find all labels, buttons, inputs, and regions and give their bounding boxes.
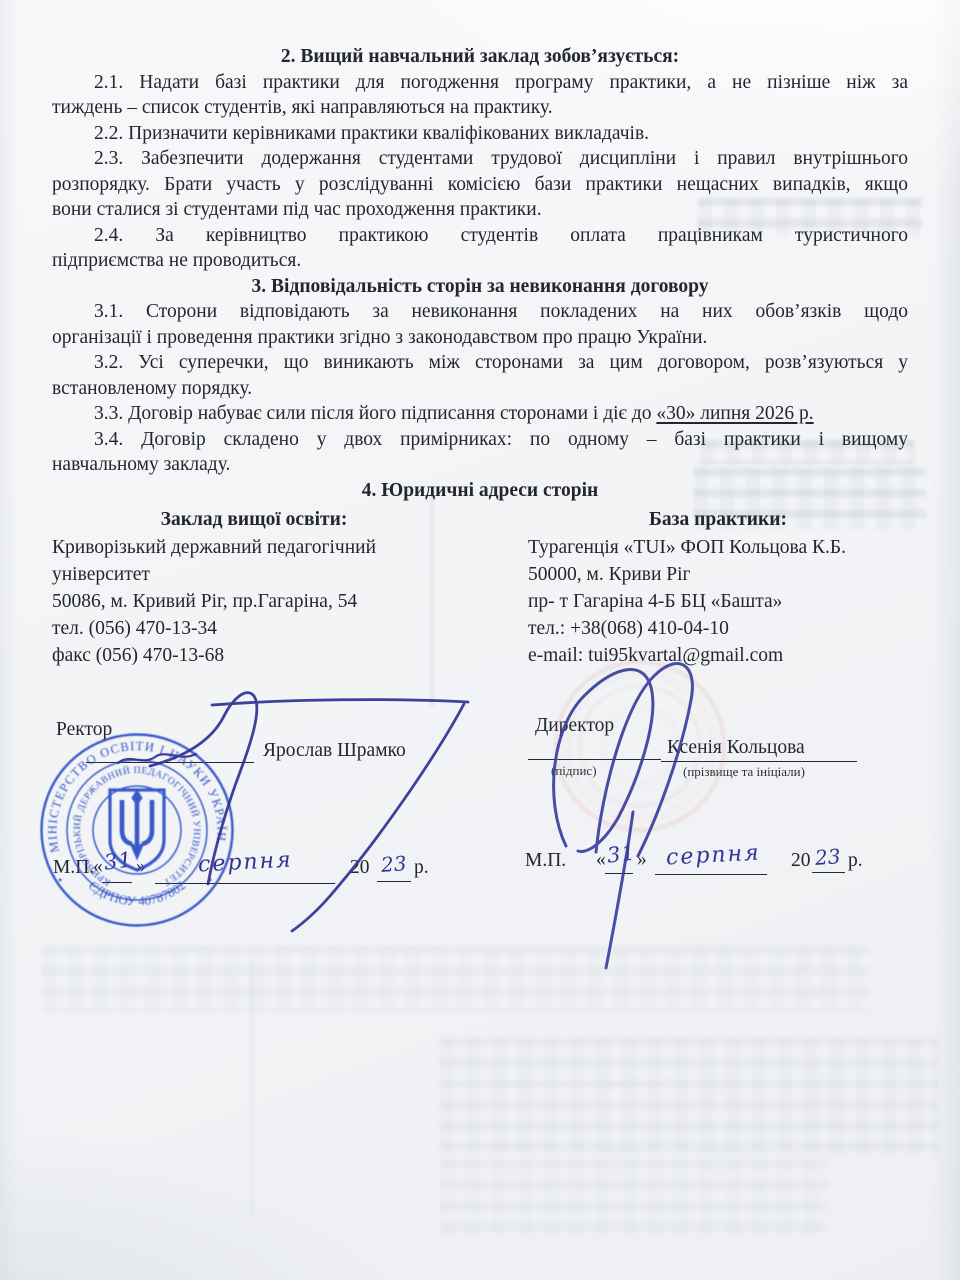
- quote-close-left: »: [136, 856, 146, 878]
- month-blank-line-left: [155, 883, 335, 884]
- paragraph-3-3: 3.3. Договір набуває сили після його під…: [52, 401, 908, 427]
- year-suffix-right: р.: [848, 850, 863, 872]
- handwritten-month-left: серпня: [197, 848, 293, 878]
- rector-name: Ярослав Шрамко: [263, 740, 406, 762]
- quote-open-left: «: [93, 856, 103, 878]
- rector-signature-line: [86, 762, 254, 763]
- paragraph-3-2: встановленому порядку.: [52, 376, 908, 402]
- director-name: Ксенія Кольцова: [667, 737, 805, 759]
- paragraph-2-1: тиждень – список студентів, які направля…: [52, 95, 908, 121]
- section-2-heading: 2. Вищий навчальний заклад зобов’язуєтьс…: [52, 44, 908, 70]
- paragraph-2-3: розпорядку. Брати участь у розслідуванні…: [52, 172, 908, 198]
- paragraph-2-4: підприємства не проводиться.: [52, 248, 908, 274]
- director-role-label: Директор: [535, 715, 614, 737]
- university-address-line: 50086, м. Кривий Ріг, пр.Гагаріна, 54: [52, 588, 456, 615]
- university-fax: факс (056) 470-13-68: [52, 642, 456, 669]
- university-address-line: Криворізький державний педагогічний: [52, 534, 456, 561]
- paragraph-3-3-text: 3.3. Договір набуває сили після його під…: [94, 403, 656, 424]
- paragraph-3-4: навчальному закладу.: [52, 452, 908, 478]
- practice-base-address-block: База практики: Турагенція «TUI» ФОП Коль…: [528, 506, 908, 669]
- director-signature-line: [528, 759, 661, 760]
- handwritten-year-right: 23: [814, 844, 841, 870]
- university-address-line: університет: [52, 561, 456, 588]
- director-sign-caption: (підпис): [551, 764, 597, 778]
- section-3-heading: 3. Відповідальність сторін за невиконанн…: [52, 274, 908, 300]
- university-phone: тел. (056) 470-13-34: [52, 615, 456, 642]
- seal-ministry-text: МІНІСТЕРСТВО ОСВІТИ І НАУКИ УКРАЇНИ: [45, 739, 228, 854]
- university-address-title: Заклад вищої освіти:: [52, 506, 456, 533]
- paragraph-2-2: 2.2. Призначити керівниками практики ква…: [52, 121, 908, 147]
- legal-addresses: Заклад вищої освіти: Криворізький держав…: [52, 506, 908, 669]
- day-blank-line-right: [605, 873, 633, 874]
- paragraph-2-3: вони сталися зі студентами під час прохо…: [52, 197, 908, 223]
- bleed-through-text: [440, 1038, 938, 1156]
- rector-signature-ink: [118, 693, 468, 931]
- document-page: 2. Вищий навчальний заклад зобов’язуєтьс…: [0, 0, 960, 1280]
- university-address-block: Заклад вищої освіти: Криворізький держав…: [52, 506, 456, 669]
- bleed-through-text: [42, 946, 870, 1012]
- practice-base-name: Турагенція «TUI» ФОП Кольцова К.Б.: [528, 534, 908, 561]
- university-seal: МІНІСТЕРСТВО ОСВІТИ І НАУКИ УКРАЇНИ ЄДРП…: [42, 735, 233, 926]
- paragraph-3-2: 3.2. Усі суперечки, що виникають між сто…: [52, 350, 908, 376]
- mp-label-left: М.П.: [53, 857, 94, 879]
- handwritten-day-left: 31: [103, 847, 134, 874]
- contract-end-date: «30» липня 2026 р.: [656, 403, 813, 424]
- director-name-caption: (прізвище та ініціали): [683, 765, 805, 779]
- year-prefix-right: 20: [791, 850, 811, 872]
- svg-text:МІНІСТЕРСТВО ОСВІТИ І НАУКИ УК: МІНІСТЕРСТВО ОСВІТИ І НАУКИ УКРАЇНИ: [45, 739, 228, 854]
- director-name-line: [661, 761, 857, 762]
- practice-base-address-line: 50000, м. Криви Ріг: [528, 561, 908, 588]
- practice-base-address-line: пр- т Гагаріна 4-Б БЦ «Башта»: [528, 588, 908, 615]
- practice-base-email: e-mail: tui95kvartal@gmail.com: [528, 642, 908, 669]
- handwritten-day-right: 31: [606, 840, 637, 867]
- section-4-heading: 4. Юридичні адреси сторін: [52, 478, 908, 504]
- paragraph-3-4: 3.4. Договір складено у двох примірниках…: [52, 427, 908, 453]
- practice-base-phone: тел.: +38(068) 410-04-10: [528, 615, 908, 642]
- mp-label-right: М.П.: [525, 850, 566, 872]
- contract-body: 2. Вищий навчальний заклад зобов’язуєтьс…: [52, 44, 908, 669]
- practice-base-address-title: База практики:: [528, 506, 908, 533]
- director-signature-ink: [554, 664, 693, 968]
- paper-crease: [250, 960, 253, 1220]
- paragraph-3-1: 3.1. Сторони відповідають за невиконання…: [52, 299, 908, 325]
- quote-close-right: »: [637, 849, 647, 871]
- year-suffix-left: р.: [414, 857, 429, 879]
- handwritten-year-left: 23: [380, 851, 407, 877]
- year-prefix-left: 20: [350, 857, 370, 879]
- paragraph-2-3: 2.3. Забезпечити додержання студентами т…: [52, 146, 908, 172]
- paragraph-2-4: 2.4. За керівництво практикою студентів …: [52, 223, 908, 249]
- year-blank-line-left: [377, 881, 411, 882]
- year-blank-line-right: [812, 872, 845, 873]
- rector-role-label: Ректор: [56, 719, 112, 741]
- quote-open-right: «: [596, 849, 606, 871]
- day-blank-line-left: [102, 882, 132, 883]
- bleed-through-text: [440, 1160, 828, 1236]
- paragraph-2-1: 2.1. Надати базі практики для погодження…: [52, 70, 908, 96]
- month-blank-line-right: [655, 874, 767, 875]
- handwritten-month-right: серпня: [665, 841, 761, 871]
- paragraph-3-1: організації і проведення практики згідно…: [52, 325, 908, 351]
